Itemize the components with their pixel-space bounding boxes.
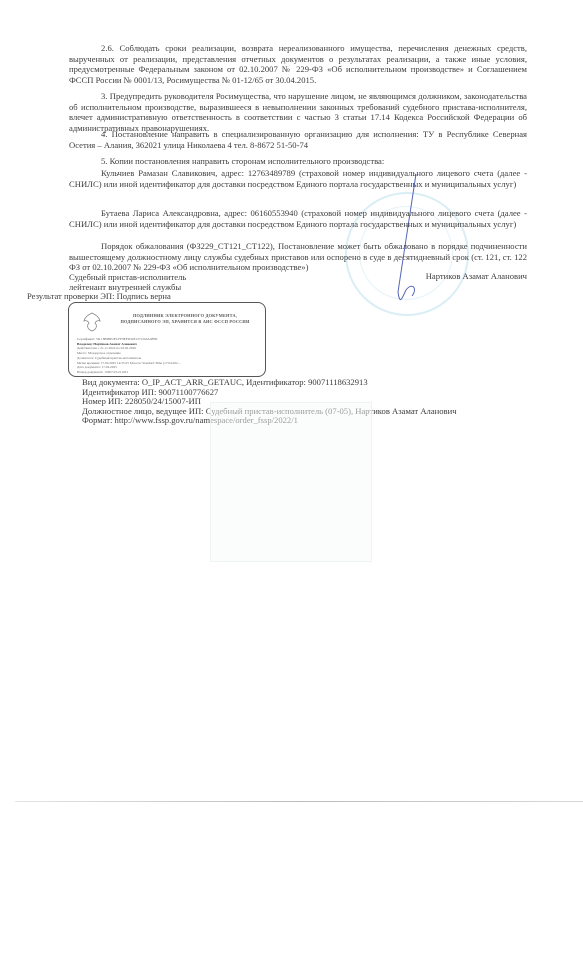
stamp-title: ПОДЛИННИК ЭЛЕКТРОННОГО ДОКУМЕНТА, ПОДПИС… [111,313,259,325]
electronic-signature-stamp: ПОДЛИННИК ЭЛЕКТРОННОГО ДОКУМЕНТА, ПОДПИС… [68,302,266,377]
scan-edge-line [15,801,583,802]
recipient-1: Кульчиев Рамазан Славикович, адрес: 1276… [69,168,527,189]
signature-check-result: Результат проверки ЭП: Подпись верна [27,291,171,301]
faint-bleedthrough-area [210,402,372,562]
document-page: 2.6. Соблюдать сроки реализации, возврат… [0,0,583,960]
stamp-certificate-details: Сертификат: 5D1 8B98E2ECFF9EF2D4E1271204… [77,337,261,375]
signer-position-line1: Судебный пристав-исполнитель [69,272,186,282]
appeal-procedure: Порядок обжалования (ФЗ229_СТ121_СТ122),… [69,241,527,273]
coat-of-arms-icon [81,311,103,333]
paragraph-2-6: 2.6. Соблюдать сроки реализации, возврат… [69,43,527,85]
signer-position: Судебный пристав-исполнитель лейтенант в… [69,272,186,292]
paragraph-3: 3. Предупредить руководителя Росимуществ… [69,91,527,133]
signer-name: Нартиков Азамат Аланович [426,271,527,281]
paragraph-4: 4. Постановление направить в специализир… [69,129,527,150]
recipient-2: Бутаева Лариса Александровна, адрес: 061… [69,208,527,229]
paragraph-5: 5. Копии постановления направить сторона… [69,156,527,167]
